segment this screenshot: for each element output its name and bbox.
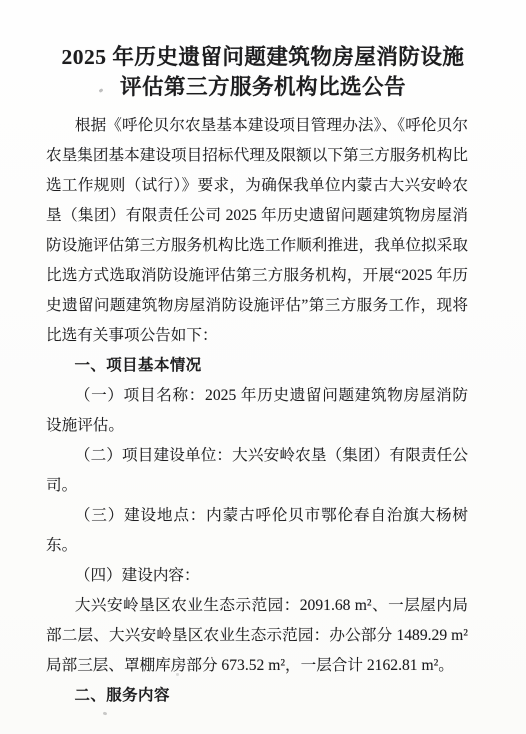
document-body: 根据《呼伦贝尔农垦基本建设项目管理办法》、《呼伦贝尔农垦集团基本建设项目招标代理… bbox=[46, 111, 468, 711]
document-title-line-1: 2025 年历史遗留问题建筑物房屋消防设施 bbox=[30, 42, 496, 72]
paragraph-project-content-label: （四）建设内容： bbox=[46, 561, 468, 591]
document-title-line-2: 评估第三方服务机构比选公告 bbox=[30, 72, 496, 102]
paragraph-project-owner: （二）项目建设单位：大兴安岭农垦（集团）有限责任公司。 bbox=[46, 441, 468, 501]
scan-artifact-speck bbox=[176, 673, 179, 676]
paragraph-project-location: （三）建设地点：内蒙古呼伦贝市鄂伦春自治旗大杨树东。 bbox=[46, 501, 468, 561]
section-heading-project-basics: 一、项目基本情况 bbox=[46, 351, 468, 381]
document-page: 2025 年历史遗留问题建筑物房屋消防设施 评估第三方服务机构比选公告 根据《呼… bbox=[0, 0, 526, 734]
document-title: 2025 年历史遗留问题建筑物房屋消防设施 评估第三方服务机构比选公告 bbox=[0, 0, 526, 102]
paragraph-project-content-detail: 大兴安岭垦区农业生态示范园：2091.68 m²、一层屋内局部二层、大兴安岭垦区… bbox=[46, 591, 468, 681]
section-heading-service-content: 二、服务内容 bbox=[46, 681, 468, 711]
paragraph-intro: 根据《呼伦贝尔农垦基本建设项目管理办法》、《呼伦贝尔农垦集团基本建设项目招标代理… bbox=[46, 111, 468, 351]
scan-artifact-speck bbox=[103, 711, 108, 715]
paragraph-project-name: （一）项目名称：2025 年历史遗留问题建筑物房屋消防设施评估。 bbox=[46, 381, 468, 441]
